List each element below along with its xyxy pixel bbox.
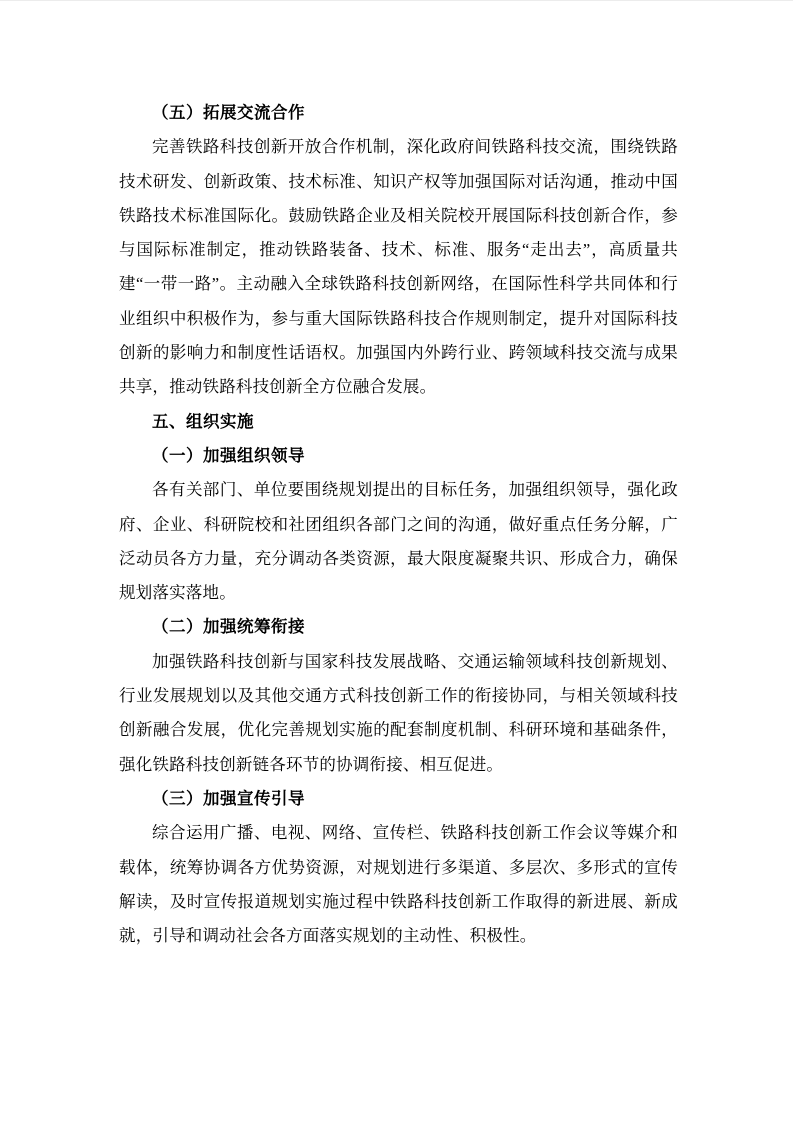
paragraph-publicity-guidance: 综合运用广播、电视、网络、宣传栏、铁路科技创新工作会议等媒介和载体，统筹协调各方… bbox=[119, 816, 678, 953]
chapter-heading-organization-implementation: 五、组织实施 bbox=[119, 405, 678, 439]
paragraph-exchange-cooperation: 完善铁路科技创新开放合作机制，深化政府间铁路科技交流，围绕铁路技术研发、创新政策… bbox=[119, 130, 678, 404]
section-heading-5-expand-exchange: （五）拓展交流合作 bbox=[119, 96, 678, 130]
document-page: （五）拓展交流合作 完善铁路科技创新开放合作机制，深化政府间铁路科技交流，围绕铁… bbox=[0, 0, 793, 1122]
section-heading-2-overall-coordination: （二）加强统筹衔接 bbox=[119, 610, 678, 644]
paragraph-overall-coordination: 加强铁路科技创新与国家科技发展战略、交通运输领域科技创新规划、行业发展规划以及其… bbox=[119, 645, 678, 782]
paragraph-organization-leadership: 各有关部门、单位要围绕规划提出的目标任务，加强组织领导，强化政府、企业、科研院校… bbox=[119, 473, 678, 610]
document-content: （五）拓展交流合作 完善铁路科技创新开放合作机制，深化政府间铁路科技交流，围绕铁… bbox=[119, 96, 678, 953]
section-heading-3-publicity-guidance: （三）加强宣传引导 bbox=[119, 782, 678, 816]
section-heading-1-organization-leadership: （一）加强组织领导 bbox=[119, 439, 678, 473]
